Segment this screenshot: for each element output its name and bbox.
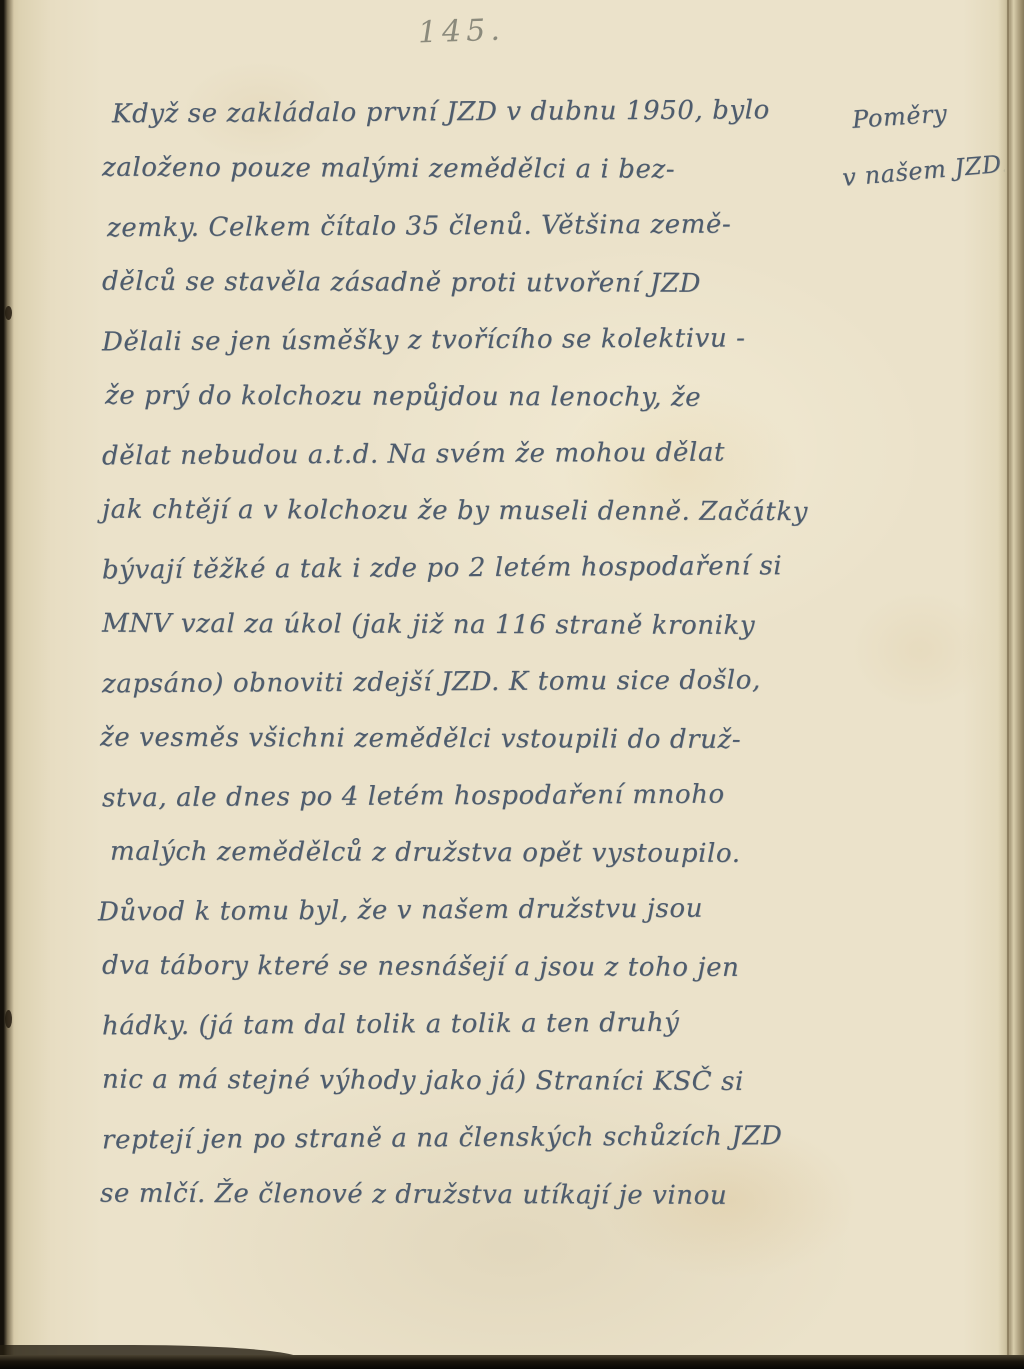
handwritten-line: že vesměs všichni zemědělci vstoupili do… [100, 710, 862, 770]
handwritten-line: Když se zakládalo první JZD v dubnu 1950… [112, 82, 862, 144]
paper-stain [850, 590, 990, 710]
handwritten-line: nic a má stejné výhody jako já) Straníci… [102, 1052, 862, 1112]
binding-thread-mark [5, 306, 12, 320]
handwritten-line: Dělali se jen úsměšky z tvořícího se kol… [102, 310, 862, 372]
binding-thread-mark [5, 1010, 12, 1028]
handwritten-line: bývají těžké a tak i zde po 2 letém hosp… [102, 538, 862, 600]
handwritten-line: dělat nebudou a.t.d. Na svém že mohou dě… [102, 424, 862, 486]
handwritten-line: zemky. Celkem čítalo 35 členů. Většina z… [107, 196, 862, 258]
handwritten-line: že prý do kolchozu nepůjdou na lenochy, … [105, 368, 862, 428]
book-binding-edge [0, 0, 14, 1356]
handwritten-body: Když se zakládalo první JZD v dubnu 1950… [102, 84, 862, 1224]
scanner-edge [0, 1355, 1024, 1369]
handwritten-line: zapsáno) obnoviti zdejší JZD. K tomu sic… [102, 652, 862, 714]
handwritten-line: jak chtějí a v kolchozu že by museli den… [102, 482, 862, 542]
handwritten-line: malých zemědělců z družstva opět vystoup… [110, 824, 862, 884]
handwritten-line: hádky. (já tam dal tolik a tolik a ten d… [102, 994, 862, 1056]
handwritten-line: Důvod k tomu byl, že v našem družstvu js… [98, 880, 862, 942]
handwritten-line: dva tábory které se nesnášejí a jsou z t… [102, 938, 862, 998]
handwritten-line: reptejí jen po straně a na členských sch… [102, 1108, 862, 1170]
chronicle-page: 145. Když se zakládalo první JZD v dubnu… [0, 0, 1024, 1356]
handwritten-line: dělců se stavěla zásadně proti utvoření … [102, 254, 862, 314]
margin-note: Poměry v našem JZD. [842, 86, 1022, 198]
page-number: 145. [417, 12, 505, 50]
handwritten-line: MNV vzal za úkol (jak již na 116 straně … [102, 596, 862, 656]
scanned-chronicle-sheet: 145. Když se zakládalo první JZD v dubnu… [0, 0, 1024, 1369]
handwritten-line: stva, ale dnes po 4 letém hospodaření mn… [102, 766, 862, 828]
handwritten-line: se mlčí. Že členové z družstva utíkají j… [100, 1166, 862, 1226]
handwritten-line: založeno pouze malými zemědělci a i bez- [102, 140, 862, 200]
page-stack-edge [998, 0, 1024, 1356]
